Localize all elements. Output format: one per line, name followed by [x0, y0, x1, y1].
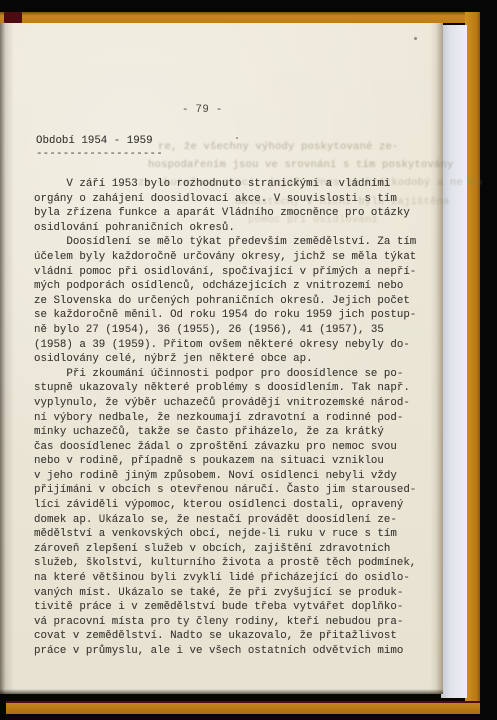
text-line: vládní pomoc při osidlování, spočívající… — [34, 265, 416, 280]
page-shadow-bottom — [0, 689, 443, 694]
text-line: mých podporách osídlenců, odcházejících … — [34, 279, 416, 294]
text-line: služeb, školství, kulturního života a pr… — [34, 556, 416, 571]
text-line: v jeho rodině jiným způsobem. Noví osídl… — [34, 469, 416, 484]
text-line: ně bylo 27 (1954), 36 (1955), 26 (1956),… — [34, 323, 416, 338]
page-edge-underlay — [441, 25, 467, 698]
text-line: ze Slovenska do určených pohraničních ok… — [34, 294, 416, 309]
body-text: V září 1953 bylo rozhodnuto stranickými … — [34, 177, 416, 659]
text-line: mínky uchazečů, takže se často přiházelo… — [34, 425, 416, 440]
text-line: na které většinou byli zvyklí lidé přich… — [34, 571, 416, 586]
text-line: Doosídlení se mělo týkat především zeměd… — [34, 235, 416, 250]
paper-speck — [236, 137, 238, 139]
heading-underline: ------------------- — [36, 148, 163, 160]
text-line: Při zkoumání účinnosti podpor pro doosíd… — [34, 367, 416, 382]
scanned-book-page: re, že všechny výhody poskytované ze-hos… — [0, 0, 497, 720]
text-line: (1958) a 39 (1959). Přitom ovšem některé… — [34, 338, 416, 353]
book-spine-corner — [4, 12, 22, 23]
book-cover-edge-top — [0, 12, 478, 23]
section-heading: Období 1954 - 1959 — [36, 135, 153, 147]
text-line: přijímáni v obcích s otevřenou náručí. Č… — [34, 483, 416, 498]
text-line: ní výbory nedbale, že nezkoumají zdravot… — [34, 411, 416, 426]
bleedthrough-line: re, že všechny výhody poskytované ze- — [158, 141, 399, 153]
book-cover-edge-bottom — [6, 701, 480, 714]
text-line: vyplynulo, že výběr uchazečů provádějí v… — [34, 396, 416, 411]
text-line: byla zřízena funkce a aparát Vládního zm… — [34, 206, 416, 221]
text-line: osidlování pohraničních okresů. — [34, 221, 416, 236]
page: re, že všechny výhody poskytované ze-hos… — [0, 23, 443, 694]
text-line: vaných míst. Ukázalo se také, že při zvy… — [34, 586, 416, 601]
paper-speck — [414, 37, 417, 40]
page-shadow-left — [0, 23, 14, 694]
text-line: tivitě práce i v zemědělství bude třeba … — [34, 600, 416, 615]
text-line: čas doosídlenec žádal o zproštění závazk… — [34, 440, 416, 455]
bleedthrough-line: hospodařením jsou ve srovnání s tím posk… — [148, 159, 454, 171]
text-line: nebo v rodině, případně s poukazem na si… — [34, 454, 416, 469]
text-line: líci záviděli výpomoc, kterou osídlenci … — [34, 498, 416, 513]
text-line: účelem byly každoročně určovány okresy, … — [34, 250, 416, 265]
text-line: covat v zemědělství. Nadto se ukazovalo,… — [34, 629, 416, 644]
page-shadow-right — [430, 23, 443, 694]
text-line: V září 1953 bylo rozhodnuto stranickými … — [34, 177, 416, 192]
page-number: - 79 - — [182, 104, 223, 116]
text-line: osidlovány celé, nýbrž jen některé obce … — [34, 352, 416, 367]
text-line: mědělství a venkovských obcí, nejde-li r… — [34, 527, 416, 542]
text-line: domek ap. Ukázalo se, že nestačí provádě… — [34, 513, 416, 528]
text-line: se každoročně měnil. Od roku 1954 do rok… — [34, 308, 416, 323]
text-line: orgány o zahájení doosidlovací akce. V s… — [34, 192, 416, 207]
text-line: práce v průmyslu, ale i ve všech ostatní… — [34, 644, 416, 659]
text-line: zároveň zlepšení služeb v obcích, zajišt… — [34, 542, 416, 557]
text-line: vá pracovní místa pro ty členy rodiny, k… — [34, 615, 416, 630]
book-cover-edge-right — [465, 12, 480, 712]
text-line: stupně ukazovaly některé problémy s doos… — [34, 381, 416, 396]
